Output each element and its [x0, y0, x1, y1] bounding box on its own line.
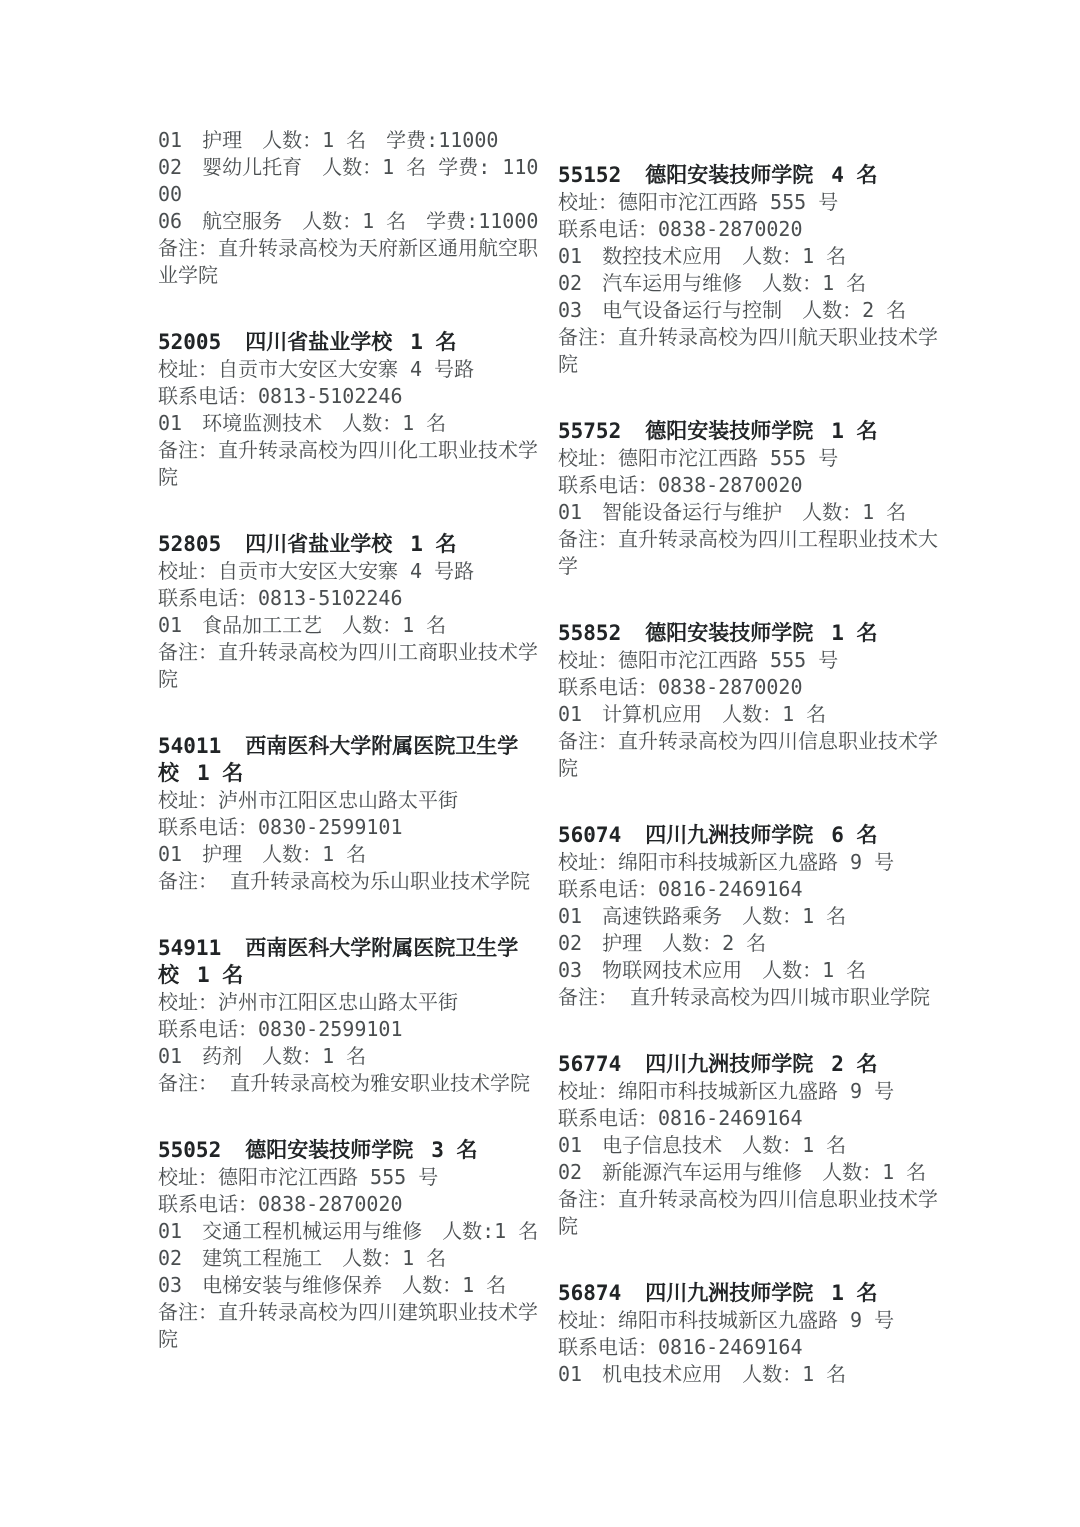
- remark-line: 备注：直升转录高校为四川化工职业技术学院: [158, 437, 550, 491]
- school-address: 校址：德阳市沱江西路 555 号: [558, 647, 950, 674]
- school-address: 校址：自贡市大安区大安寨 4 号路: [158, 558, 550, 585]
- remark-line: 备注：直升转录高校为四川建筑职业技术学院: [158, 1299, 550, 1353]
- school-header: 52805四川省盐业学校1 名: [158, 531, 550, 558]
- school-quota: 6 名: [831, 823, 877, 847]
- school-block-continuation: 01 护理 人数：1 名 学费:11000 02 婴幼儿托育 人数：1 名 学费…: [158, 127, 550, 289]
- school-quota: 4 名: [831, 163, 877, 187]
- school-name: 德阳安装技师学院: [245, 1138, 413, 1162]
- school-header: 52005四川省盐业学校1 名: [158, 329, 550, 356]
- program-line: 03 物联网技术应用 人数：1 名: [558, 957, 950, 984]
- program-line: 01 食品加工工艺 人数：1 名: [158, 612, 550, 639]
- program-line: 01 护理 人数：1 名: [158, 841, 550, 868]
- school-header: 55152德阳安装技师学院4 名: [558, 162, 950, 189]
- remark-line: 备注： 直升转录高校为雅安职业技术学院: [158, 1070, 550, 1097]
- school-phone: 联系电话：0816-2469164: [558, 876, 950, 903]
- school-block-52805: 52805四川省盐业学校1 名 校址：自贡市大安区大安寨 4 号路 联系电话：0…: [158, 531, 550, 693]
- school-phone: 联系电话：0838-2870020: [558, 216, 950, 243]
- school-block-54911: 54911西南医科大学附属医院卫生学校1 名 校址：泸州市江阳区忠山路太平街 联…: [158, 935, 550, 1097]
- school-address: 校址：绵阳市科技城新区九盛路 9 号: [558, 849, 950, 876]
- school-phone: 联系电话：0813-5102246: [158, 383, 550, 410]
- program-line: 03 电梯安装与维修保养 人数：1 名: [158, 1272, 550, 1299]
- school-code: 55752: [558, 419, 621, 443]
- school-header: 54911西南医科大学附属医院卫生学校1 名: [158, 935, 550, 989]
- program-line: 01 电子信息技术 人数：1 名: [558, 1132, 950, 1159]
- program-line: 01 高速铁路乘务 人数：1 名: [558, 903, 950, 930]
- program-line: 01 药剂 人数：1 名: [158, 1043, 550, 1070]
- school-quota: 1 名: [831, 621, 877, 645]
- school-quota: 1 名: [197, 963, 243, 987]
- remark-line: 备注： 直升转录高校为乐山职业技术学院: [158, 868, 550, 895]
- school-quota: 2 名: [831, 1052, 877, 1076]
- remark-line: 备注：直升转录高校为四川信息职业技术学院: [558, 728, 950, 782]
- school-header: 55752德阳安装技师学院1 名: [558, 418, 950, 445]
- school-block-55052: 55052德阳安装技师学院3 名 校址：德阳市沱江西路 555 号 联系电话：0…: [158, 1137, 550, 1353]
- school-code: 52005: [158, 330, 221, 354]
- school-phone: 联系电话：0838-2870020: [158, 1191, 550, 1218]
- school-block-55752: 55752德阳安装技师学院1 名 校址：德阳市沱江西路 555 号 联系电话：0…: [558, 418, 950, 580]
- school-header: 54011西南医科大学附属医院卫生学校1 名: [158, 733, 550, 787]
- school-quota: 1 名: [197, 761, 243, 785]
- school-name: 德阳安装技师学院: [645, 163, 813, 187]
- school-header: 56774四川九洲技师学院2 名: [558, 1051, 950, 1078]
- school-phone: 联系电话：0816-2469164: [558, 1334, 950, 1361]
- right-column: 55152德阳安装技师学院4 名 校址：德阳市沱江西路 555 号 联系电话：0…: [558, 0, 950, 1428]
- remark-line: 备注：直升转录高校为四川工商职业技术学院: [158, 639, 550, 693]
- school-name: 德阳安装技师学院: [645, 419, 813, 443]
- school-name: 四川省盐业学校: [245, 330, 392, 354]
- program-line: 02 新能源汽车运用与维修 人数：1 名: [558, 1159, 950, 1186]
- program-line: 02 汽车运用与维修 人数：1 名: [558, 270, 950, 297]
- school-address: 校址：泸州市江阳区忠山路太平街: [158, 989, 550, 1016]
- program-line: 01 交通工程机械运用与维修 人数:1 名: [158, 1218, 550, 1245]
- school-block-54011: 54011西南医科大学附属医院卫生学校1 名 校址：泸州市江阳区忠山路太平街 联…: [158, 733, 550, 895]
- school-quota: 3 名: [431, 1138, 477, 1162]
- school-code: 55852: [558, 621, 621, 645]
- school-name: 四川省盐业学校: [245, 532, 392, 556]
- school-phone: 联系电话：0830-2599101: [158, 1016, 550, 1043]
- remark-line: 备注：直升转录高校为四川信息职业技术学院: [558, 1186, 950, 1240]
- school-quota: 1 名: [410, 532, 456, 556]
- school-quota: 1 名: [410, 330, 456, 354]
- program-line: 01 智能设备运行与维护 人数：1 名: [558, 499, 950, 526]
- school-header: 56874四川九洲技师学院1 名: [558, 1280, 950, 1307]
- program-line: 03 电气设备运行与控制 人数：2 名: [558, 297, 950, 324]
- remark-line: 备注：直升转录高校为天府新区通用航空职业学院: [158, 235, 550, 289]
- school-phone: 联系电话：0830-2599101: [158, 814, 550, 841]
- program-line: 01 机电技术应用 人数：1 名: [558, 1361, 950, 1388]
- program-line: 01 数控技术应用 人数：1 名: [558, 243, 950, 270]
- school-address: 校址：德阳市沱江西路 555 号: [558, 189, 950, 216]
- school-phone: 联系电话：0838-2870020: [558, 674, 950, 701]
- school-code: 56874: [558, 1281, 621, 1305]
- school-address: 校址：泸州市江阳区忠山路太平街: [158, 787, 550, 814]
- school-code: 55052: [158, 1138, 221, 1162]
- school-name: 四川九洲技师学院: [645, 823, 813, 847]
- school-block-56874: 56874四川九洲技师学院1 名 校址：绵阳市科技城新区九盛路 9 号 联系电话…: [558, 1280, 950, 1388]
- school-name: 德阳安装技师学院: [645, 621, 813, 645]
- school-phone: 联系电话：0816-2469164: [558, 1105, 950, 1132]
- program-line: 02 婴幼儿托育 人数：1 名 学费: 11000: [158, 154, 550, 208]
- school-code: 55152: [558, 163, 621, 187]
- school-name: 四川九洲技师学院: [645, 1281, 813, 1305]
- school-block-55152: 55152德阳安装技师学院4 名 校址：德阳市沱江西路 555 号 联系电话：0…: [558, 162, 950, 378]
- school-code: 54011: [158, 734, 221, 758]
- school-code: 56774: [558, 1052, 621, 1076]
- program-line: 06 航空服务 人数：1 名 学费:11000: [158, 208, 550, 235]
- school-header: 55852德阳安装技师学院1 名: [558, 620, 950, 647]
- school-phone: 联系电话：0838-2870020: [558, 472, 950, 499]
- school-quota: 1 名: [831, 1281, 877, 1305]
- school-header: 56074四川九洲技师学院6 名: [558, 822, 950, 849]
- remark-line: 备注：直升转录高校为四川工程职业技术大学: [558, 526, 950, 580]
- school-name: 四川九洲技师学院: [645, 1052, 813, 1076]
- school-quota: 1 名: [831, 419, 877, 443]
- document-page: 01 护理 人数：1 名 学费:11000 02 婴幼儿托育 人数：1 名 学费…: [0, 0, 1080, 1527]
- school-address: 校址：绵阳市科技城新区九盛路 9 号: [558, 1307, 950, 1334]
- school-address: 校址：自贡市大安区大安寨 4 号路: [158, 356, 550, 383]
- school-code: 54911: [158, 936, 221, 960]
- remark-line: 备注：直升转录高校为四川航天职业技术学院: [558, 324, 950, 378]
- school-address: 校址：德阳市沱江西路 555 号: [158, 1164, 550, 1191]
- school-block-52005: 52005四川省盐业学校1 名 校址：自贡市大安区大安寨 4 号路 联系电话：0…: [158, 329, 550, 491]
- program-line: 01 护理 人数：1 名 学费:11000: [158, 127, 550, 154]
- remark-line: 备注： 直升转录高校为四川城市职业学院: [558, 984, 950, 1011]
- school-code: 52805: [158, 532, 221, 556]
- school-code: 56074: [558, 823, 621, 847]
- school-address: 校址：德阳市沱江西路 555 号: [558, 445, 950, 472]
- program-line: 02 护理 人数：2 名: [558, 930, 950, 957]
- left-column: 01 护理 人数：1 名 学费:11000 02 婴幼儿托育 人数：1 名 学费…: [158, 0, 550, 1393]
- program-line: 01 计算机应用 人数：1 名: [558, 701, 950, 728]
- school-header: 55052德阳安装技师学院3 名: [158, 1137, 550, 1164]
- program-line: 01 环境监测技术 人数：1 名: [158, 410, 550, 437]
- school-block-56774: 56774四川九洲技师学院2 名 校址：绵阳市科技城新区九盛路 9 号 联系电话…: [558, 1051, 950, 1240]
- school-block-56074: 56074四川九洲技师学院6 名 校址：绵阳市科技城新区九盛路 9 号 联系电话…: [558, 822, 950, 1011]
- school-block-55852: 55852德阳安装技师学院1 名 校址：德阳市沱江西路 555 号 联系电话：0…: [558, 620, 950, 782]
- school-phone: 联系电话：0813-5102246: [158, 585, 550, 612]
- program-line: 02 建筑工程施工 人数：1 名: [158, 1245, 550, 1272]
- school-address: 校址：绵阳市科技城新区九盛路 9 号: [558, 1078, 950, 1105]
